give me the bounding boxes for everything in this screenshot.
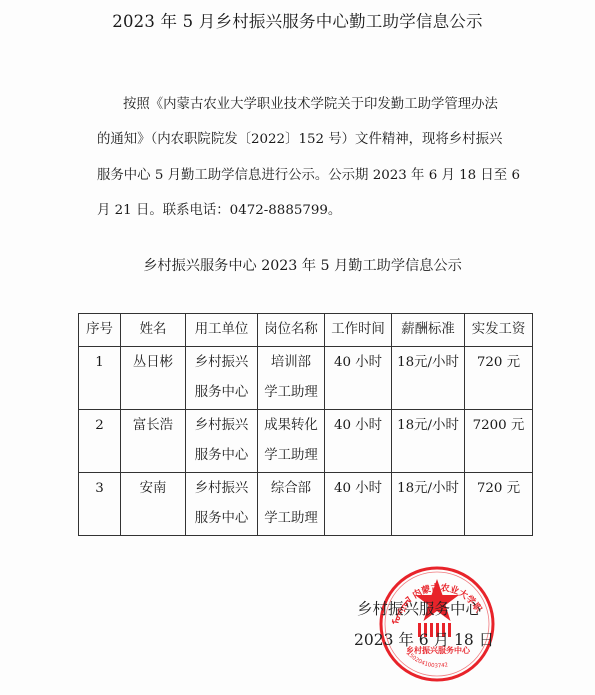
- table-row: 3 安南 乡村振兴服务中心 综合部学工助理 40 小时 18元/小时 720 元: [79, 473, 533, 536]
- table-title: 乡村振兴服务中心 2023 年 5 月勤工助学信息公示: [0, 255, 595, 275]
- cell-name: 丛日彬: [121, 347, 186, 410]
- table-header-row: 序号 姓名 用工单位 岗位名称 工作时间 薪酬标准 实发工资: [79, 314, 533, 347]
- cell-pay: 720 元: [465, 473, 533, 536]
- cell-rate: 18元/小时: [392, 347, 465, 410]
- table-row: 1 丛日彬 乡村振兴服务中心 培训部学工助理 40 小时 18元/小时 720 …: [79, 347, 533, 410]
- post-line: 学工助理: [258, 441, 324, 471]
- cell-post: 培训部学工助理: [258, 347, 325, 410]
- cell-hours: 40 小时: [325, 347, 392, 410]
- cell-rate: 18元/小时: [392, 473, 465, 536]
- cell-pay: 720 元: [465, 347, 533, 410]
- paragraph-line: 的通知》（内农职院院发〔2022〕152 号）文件精神，现将乡村振兴: [97, 122, 537, 157]
- post-line: 综合部: [258, 474, 324, 504]
- unit-line: 服务中心: [186, 378, 257, 408]
- unit-line: 乡村振兴: [186, 348, 257, 378]
- document-title: 2023 年 5 月乡村振兴服务中心勤工助学信息公示: [0, 8, 595, 32]
- paragraph-line: 服务中心 5 月勤工助学信息进行公示。公示期 2023 年 6 月 18 日至 …: [97, 158, 537, 193]
- paragraph-line: 月 21 日。联系电话：0472-8885799。: [97, 193, 537, 228]
- cell-hours: 40 小时: [325, 473, 392, 536]
- cell-unit: 乡村振兴服务中心: [186, 347, 258, 410]
- cell-no: 1: [79, 347, 121, 410]
- cell-post: 综合部学工助理: [258, 473, 325, 536]
- unit-line: 乡村振兴: [186, 474, 257, 504]
- header-hours: 工作时间: [325, 314, 392, 347]
- header-pay: 实发工资: [465, 314, 533, 347]
- cell-hours: 40 小时: [325, 410, 392, 473]
- header-post: 岗位名称: [258, 314, 325, 347]
- header-rate: 薪酬标准: [392, 314, 465, 347]
- unit-line: 服务中心: [186, 504, 257, 534]
- signature-date: 2023 年 6 月 18 日: [354, 628, 494, 650]
- post-line: 学工助理: [258, 504, 324, 534]
- unit-line: 服务中心: [186, 441, 257, 471]
- cell-pay: 7200 元: [465, 410, 533, 473]
- post-line: 成果转化: [258, 411, 324, 441]
- cell-unit: 乡村振兴服务中心: [186, 473, 258, 536]
- signature-org: 乡村振兴服务中心: [357, 597, 481, 619]
- cell-post: 成果转化学工助理: [258, 410, 325, 473]
- cell-unit: 乡村振兴服务中心: [186, 410, 258, 473]
- cell-name: 安南: [121, 473, 186, 536]
- header-unit: 用工单位: [186, 314, 258, 347]
- unit-line: 乡村振兴: [186, 411, 257, 441]
- notice-paragraph: 按照《内蒙古农业大学职业技术学院关于印发勤工助学管理办法 的通知》（内农职院院发…: [97, 87, 537, 228]
- work-study-table: 序号 姓名 用工单位 岗位名称 工作时间 薪酬标准 实发工资 1 丛日彬 乡村振…: [78, 313, 533, 536]
- cell-no: 3: [79, 473, 121, 536]
- post-line: 学工助理: [258, 378, 324, 408]
- cell-no: 2: [79, 410, 121, 473]
- header-name: 姓名: [121, 314, 186, 347]
- cell-rate: 18元/小时: [392, 410, 465, 473]
- header-no: 序号: [79, 314, 121, 347]
- cell-name: 富长浩: [121, 410, 186, 473]
- official-seal-icon: ᠮᠣᠩᠭᠣᠯ 内蒙古农业大学职业技术学院 乡村振兴服务中心 1502041003…: [378, 565, 496, 683]
- table-row: 2 富长浩 乡村振兴服务中心 成果转化学工助理 40 小时 18元/小时 720…: [79, 410, 533, 473]
- post-line: 培训部: [258, 348, 324, 378]
- paragraph-line: 按照《内蒙古农业大学职业技术学院关于印发勤工助学管理办法: [97, 87, 537, 122]
